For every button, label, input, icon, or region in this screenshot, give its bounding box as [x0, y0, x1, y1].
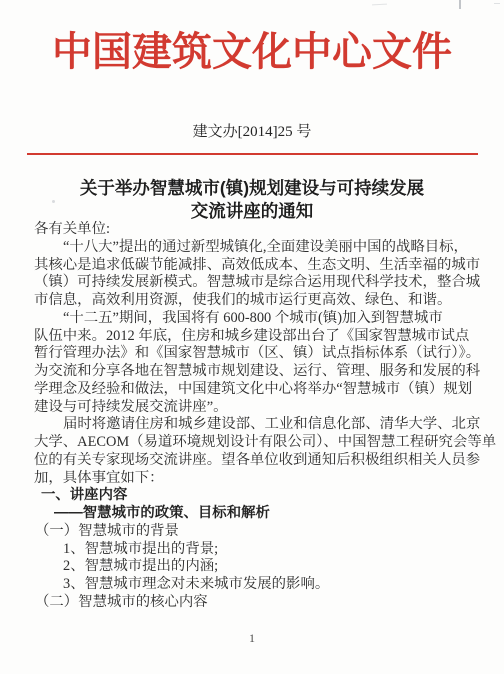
body-line: （一）智慧城市的背景: [34, 523, 480, 541]
body-line: 2、智慧城市提出的内涵;: [34, 558, 480, 576]
body-line: 市信息，高效利用资源，使我们的城市运行更高效、绿色、和谐。: [34, 292, 480, 310]
letterhead-title: 中国建筑文化中心文件: [0, 24, 504, 80]
body-line: 加，具体事宜如下：: [34, 470, 480, 488]
body-line: “十八大”提出的通过新型城镇化,全面建设美丽中国的战略目标，: [34, 239, 480, 257]
scanned-official-document: 中国建筑文化中心文件 建文办[2014]25 号 关于举办智慧城市(镇)规划建设…: [0, 0, 504, 674]
letterhead-divider: [27, 153, 478, 155]
body-line: 届时将邀请住房和城乡建设部、工业和信息化部、清华大学、北京: [34, 416, 480, 434]
scan-artifact: [494, 3, 500, 4]
body-line: ——智慧城市的政策、目标和解析: [34, 505, 480, 523]
body-line: （镇）可持续发展新模式。智慧城市是综合运用现代科学技术，整合城: [34, 274, 480, 292]
body-line: 其核心是追求低碳节能减排、高效低成本、生态文明、生活幸福的城市: [34, 257, 480, 275]
body-line: 1、智慧城市提出的背景;: [34, 541, 480, 559]
body-line: 大学、AECOM（易道环境规划设计有限公司）、中国智慧工程研究会等单: [34, 434, 480, 452]
body-line: “十二五”期间，我国将有 600-800 个城市(镇)加入到智慧城市: [34, 310, 480, 328]
body-line: （二）智慧城市的核心内容: [34, 594, 480, 612]
body-line: 为交流和分享各地在智慧城市规划建设、运行、管理、服务和发展的科: [34, 363, 480, 381]
page-number: 1: [0, 631, 504, 646]
body-line: 位的有关专家现场交流讲座。望各单位收到通知后积极组织相关人员参: [34, 452, 480, 470]
body-line: 队伍中来。2012 年底，住房和城乡建设部出台了《国家智慧城市试点: [34, 328, 480, 346]
body-line: 一、讲座内容: [34, 487, 480, 505]
scan-artifact: [459, 0, 461, 9]
body-line: 3、智慧城市理念对未来城市发展的影响。: [34, 576, 480, 594]
document-title: 关于举办智慧城市(镇)规划建设与可持续发展 交流讲座的通知: [0, 177, 504, 222]
body-line: 各有关单位:: [34, 221, 480, 239]
body-line: 学理念及经验和做法，中国建筑文化中心将举办“智慧城市（镇）规划: [34, 381, 480, 399]
body-line: 建设与可持续发展交流讲座”。: [34, 399, 480, 417]
document-body: 各有关单位:“十八大”提出的通过新型城镇化,全面建设美丽中国的战略目标，其核心是…: [34, 221, 480, 612]
document-number: 建文办[2014]25 号: [0, 122, 504, 142]
document-title-line2: 交流讲座的通知: [0, 200, 504, 223]
body-line: 暂行管理办法》和《国家智慧城市（区、镇）试点指标体系（试行）》。: [34, 345, 480, 363]
document-title-line1: 关于举办智慧城市(镇)规划建设与可持续发展: [0, 177, 504, 200]
scan-artifact: [372, 4, 387, 6]
